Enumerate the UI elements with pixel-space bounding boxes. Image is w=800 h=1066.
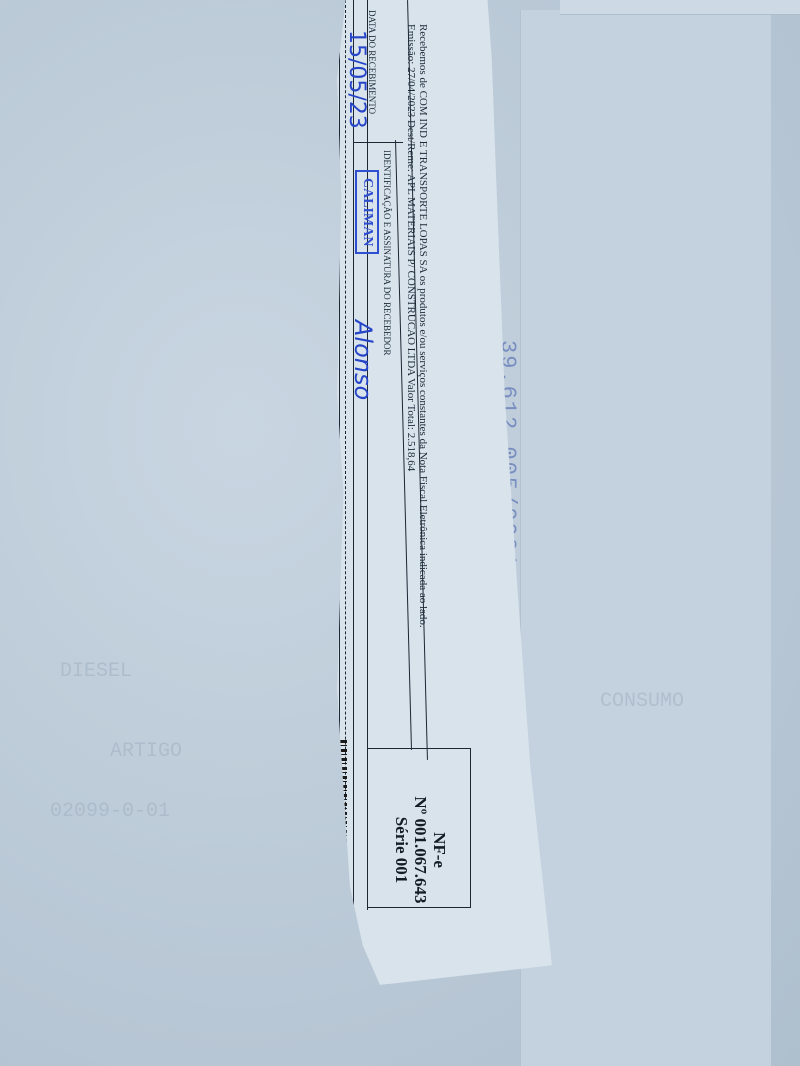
receiver-signature: Alonso bbox=[349, 320, 377, 400]
border-line bbox=[353, 0, 354, 910]
receiver-id-label: IDENTIFICAÇÃO E ASSINATURA DO RECEBEDOR bbox=[382, 150, 392, 356]
bleed-text: ARTIGO bbox=[110, 740, 182, 763]
bleed-text: DIESEL bbox=[60, 660, 132, 683]
receipt-date-value: 15/05/23 bbox=[344, 30, 369, 129]
nfe-number: Nº 001.067.643 bbox=[411, 790, 430, 910]
bleed-text: 02099-0-01 bbox=[50, 800, 170, 823]
nfe-title: NF-e bbox=[430, 790, 449, 910]
background-sheet-edge bbox=[560, 0, 800, 15]
receiver-stamp: CALIMAN bbox=[355, 170, 379, 254]
background-sheet bbox=[520, 10, 771, 1066]
nfe-series: Série 001 bbox=[392, 790, 411, 910]
field-divider bbox=[353, 142, 403, 143]
header-line-2: Emissão: 27/04/2023 Dest/Reme: APL MATER… bbox=[405, 24, 417, 471]
header-line-1: Recebemos de COM IND E TRANSPORTE LOPAS … bbox=[417, 24, 429, 628]
bleed-text: CONSUMO bbox=[600, 690, 684, 713]
nfe-info: NF-e Nº 001.067.643 Série 001 bbox=[392, 790, 449, 910]
